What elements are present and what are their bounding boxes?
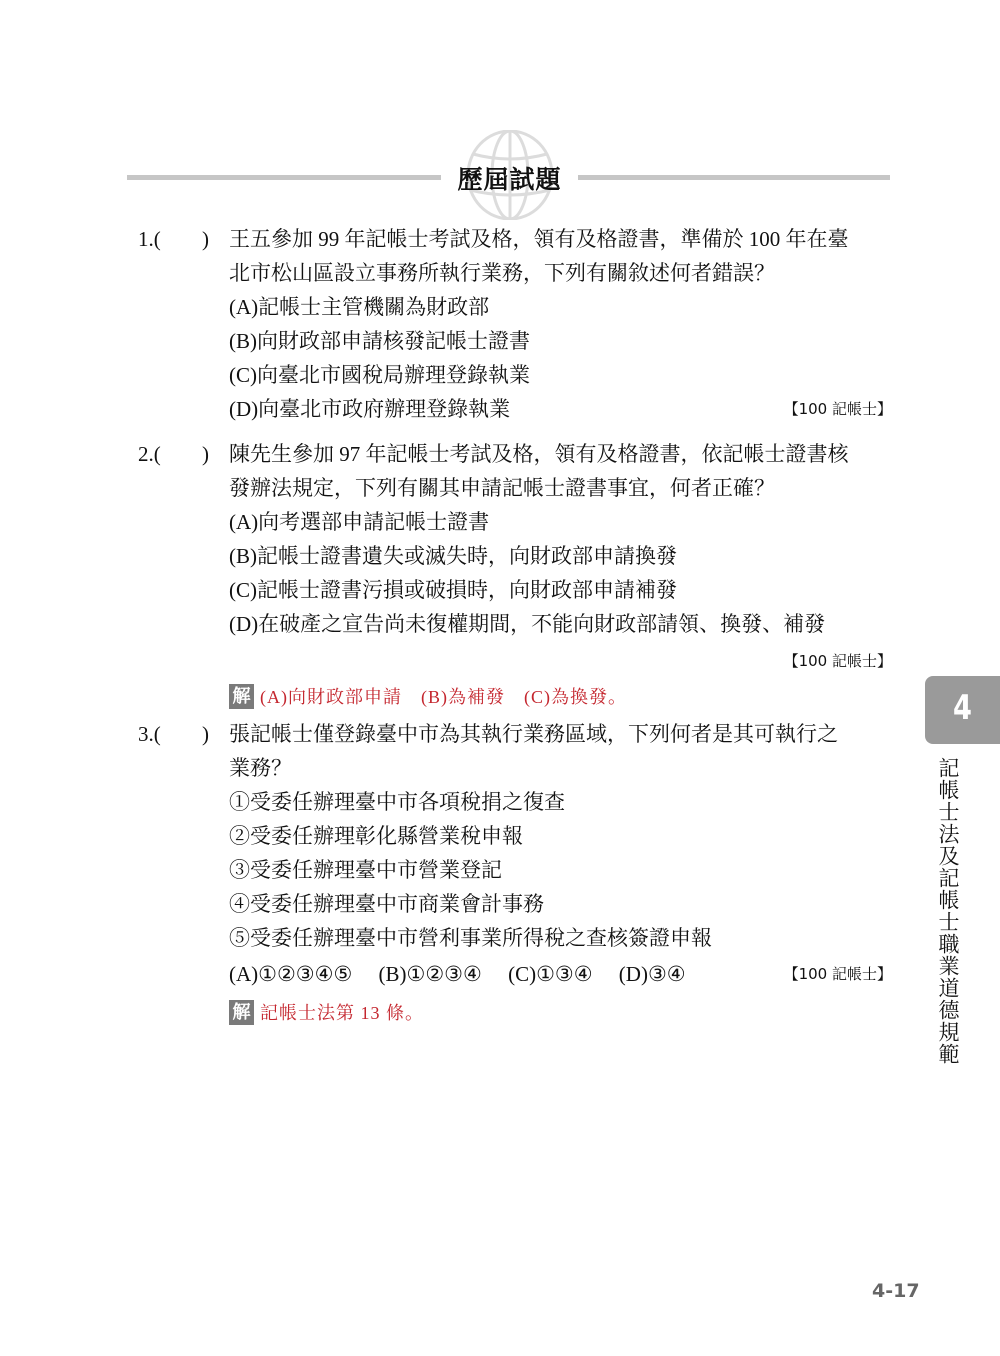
solution: 解(A)向財政部申請 (B)為補發 (C)為換發。 bbox=[229, 680, 627, 712]
question-stem-line: 業務？ bbox=[229, 751, 891, 785]
solution-badge: 解 bbox=[229, 684, 254, 709]
question-number: 2.( bbox=[138, 437, 161, 471]
header-rule-right bbox=[578, 175, 890, 180]
chapter-tab: 4 bbox=[925, 676, 1000, 744]
header-rule-left bbox=[127, 175, 441, 180]
statement-3: ③受委任辦理臺中市營業登記 bbox=[229, 853, 891, 887]
option-b: (B)記帳士證書遺失或滅失時，向財政部申請換發 bbox=[229, 539, 891, 573]
question-stem-line: 王五參加 99 年記帳士考試及格，領有及格證書，準備於 100 年在臺 bbox=[229, 222, 891, 256]
question-stem-line: 張記帳士僅登錄臺中市為其執行業務區域，下列何者是其可執行之 bbox=[229, 717, 891, 751]
answer-blank-close: ) bbox=[202, 222, 209, 256]
section-title: 歷屆試題 bbox=[441, 160, 578, 196]
solution-badge: 解 bbox=[229, 1000, 254, 1025]
option-a: (A)記帳士主管機關為財政部 bbox=[229, 290, 891, 324]
question-stem-line: 北市松山區設立事務所執行業務，下列有關敘述何者錯誤？ bbox=[229, 256, 891, 290]
answer-blank-close: ) bbox=[202, 717, 209, 751]
question-stem-line: 發辦法規定，下列有關其申請記帳士證書事宜，何者正確？ bbox=[229, 471, 891, 505]
page-number: 4-17 bbox=[872, 1280, 920, 1302]
exam-source: 【100 記帳士】 bbox=[784, 957, 892, 991]
exam-source: 【100 記帳士】 bbox=[784, 644, 892, 678]
answer-blank-close: ) bbox=[202, 437, 209, 471]
option-c: (C)記帳士證書污損或破損時，向財政部申請補發 bbox=[229, 573, 891, 607]
chapter-title-vertical: 記帳士法及記帳士職業道德規範 bbox=[934, 757, 960, 1065]
statement-2: ②受委任辦理彰化縣營業稅申報 bbox=[229, 819, 891, 853]
section-header: 歷屆試題 bbox=[127, 128, 890, 228]
solution-text: (A)向財政部申請 (B)為補發 (C)為換發。 bbox=[260, 687, 627, 707]
statement-4: ④受委任辦理臺中市商業會計事務 bbox=[229, 887, 891, 921]
option-b: (B)向財政部申請核發記帳士證書 bbox=[229, 324, 891, 358]
solution: 解記帳士法第 13 條。 bbox=[229, 996, 424, 1028]
exam-source: 【100 記帳士】 bbox=[784, 392, 892, 426]
question-stem-line: 陳先生參加 97 年記帳士考試及格，領有及格證書，依記帳士證書核 bbox=[229, 437, 891, 471]
statement-1: ①受委任辦理臺中市各項稅捐之復查 bbox=[229, 785, 891, 819]
solution-text: 記帳士法第 13 條。 bbox=[260, 1003, 424, 1023]
question-number: 3.( bbox=[138, 717, 161, 751]
option-a: (A)向考選部申請記帳士證書 bbox=[229, 505, 891, 539]
question-number: 1.( bbox=[138, 222, 161, 256]
statement-5: ⑤受委任辦理臺中市營利事業所得稅之查核簽證申報 bbox=[229, 921, 891, 955]
chapter-number: 4 bbox=[933, 688, 993, 728]
option-d: (D)在破產之宣告尚未復權期間，不能向財政部請領、換發、補發 bbox=[229, 607, 891, 641]
option-c: (C)向臺北市國稅局辦理登錄執業 bbox=[229, 358, 891, 392]
